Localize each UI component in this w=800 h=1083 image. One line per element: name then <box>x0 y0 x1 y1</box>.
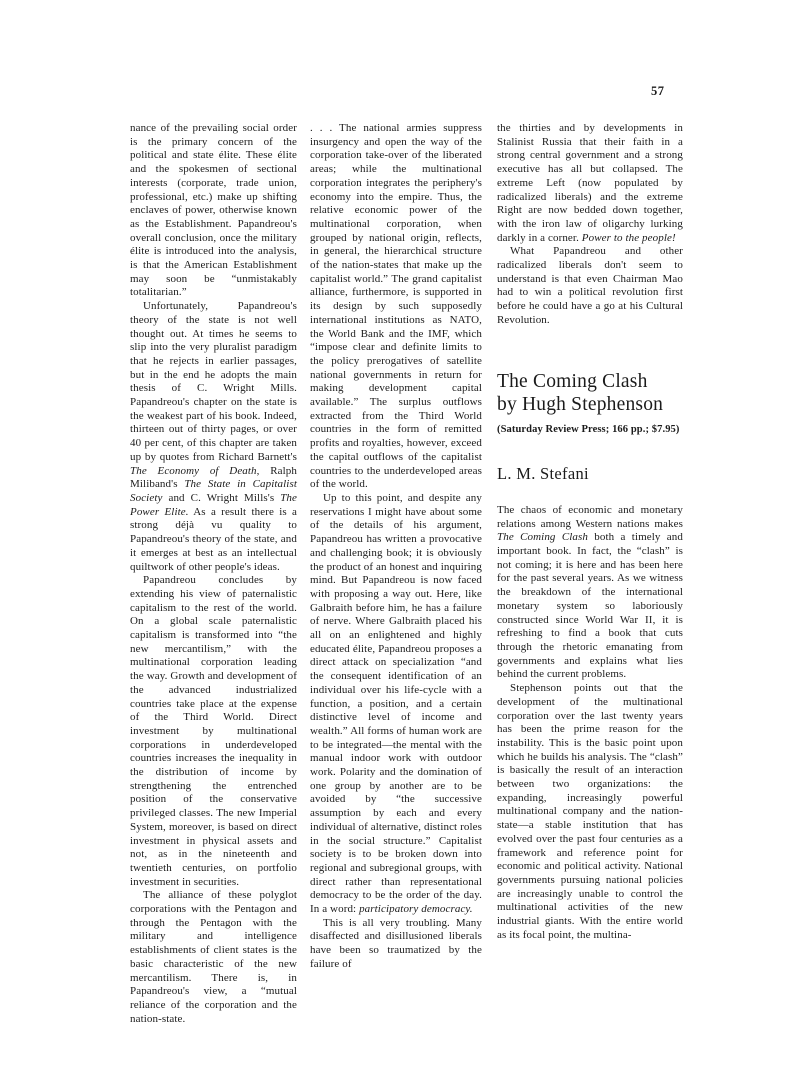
text-column-1: nance of the prevailing social order is … <box>130 122 297 1026</box>
page-number: 57 <box>651 84 665 99</box>
paragraph: Papandreou concludes by extending his vi… <box>130 574 297 889</box>
book-title: The Coming Clash <box>497 371 648 392</box>
reviewer-name: L. M. Stefani <box>497 467 683 481</box>
magazine-page: 57 nance of the prevailing social order … <box>0 0 800 1083</box>
paragraph: What Papandreou and other radicalized li… <box>497 245 683 327</box>
text-column-3: the thirties and by developments in Stal… <box>497 122 683 942</box>
review-heading: The Coming Clashby Hugh Stephenson <box>497 370 683 416</box>
book-author: by Hugh Stephenson <box>497 394 663 415</box>
column-3-continuation-text: the thirties and by developments in Stal… <box>497 122 683 328</box>
paragraph: Unfortunately, Papandreou's theory of th… <box>130 300 297 574</box>
paragraph: The chaos of economic and monetary relat… <box>497 504 683 682</box>
text-column-2: . . . The national armies suppress insur… <box>310 122 482 972</box>
paragraph: This is all very troubling. Many disaffe… <box>310 917 482 972</box>
paragraph: . . . The national armies suppress insur… <box>310 122 482 492</box>
paragraph: Up to this point, and despite any reserv… <box>310 492 482 917</box>
paragraph: nance of the prevailing social order is … <box>130 122 297 300</box>
paragraph: The alliance of these polyglot corporati… <box>130 889 297 1026</box>
paragraph: Stephenson points out that the developme… <box>497 682 683 942</box>
publisher-info: (Saturday Review Press; 166 pp.; $7.95) <box>497 423 683 437</box>
paragraph: the thirties and by developments in Stal… <box>497 122 683 245</box>
review-body: The chaos of economic and monetary relat… <box>497 504 683 943</box>
